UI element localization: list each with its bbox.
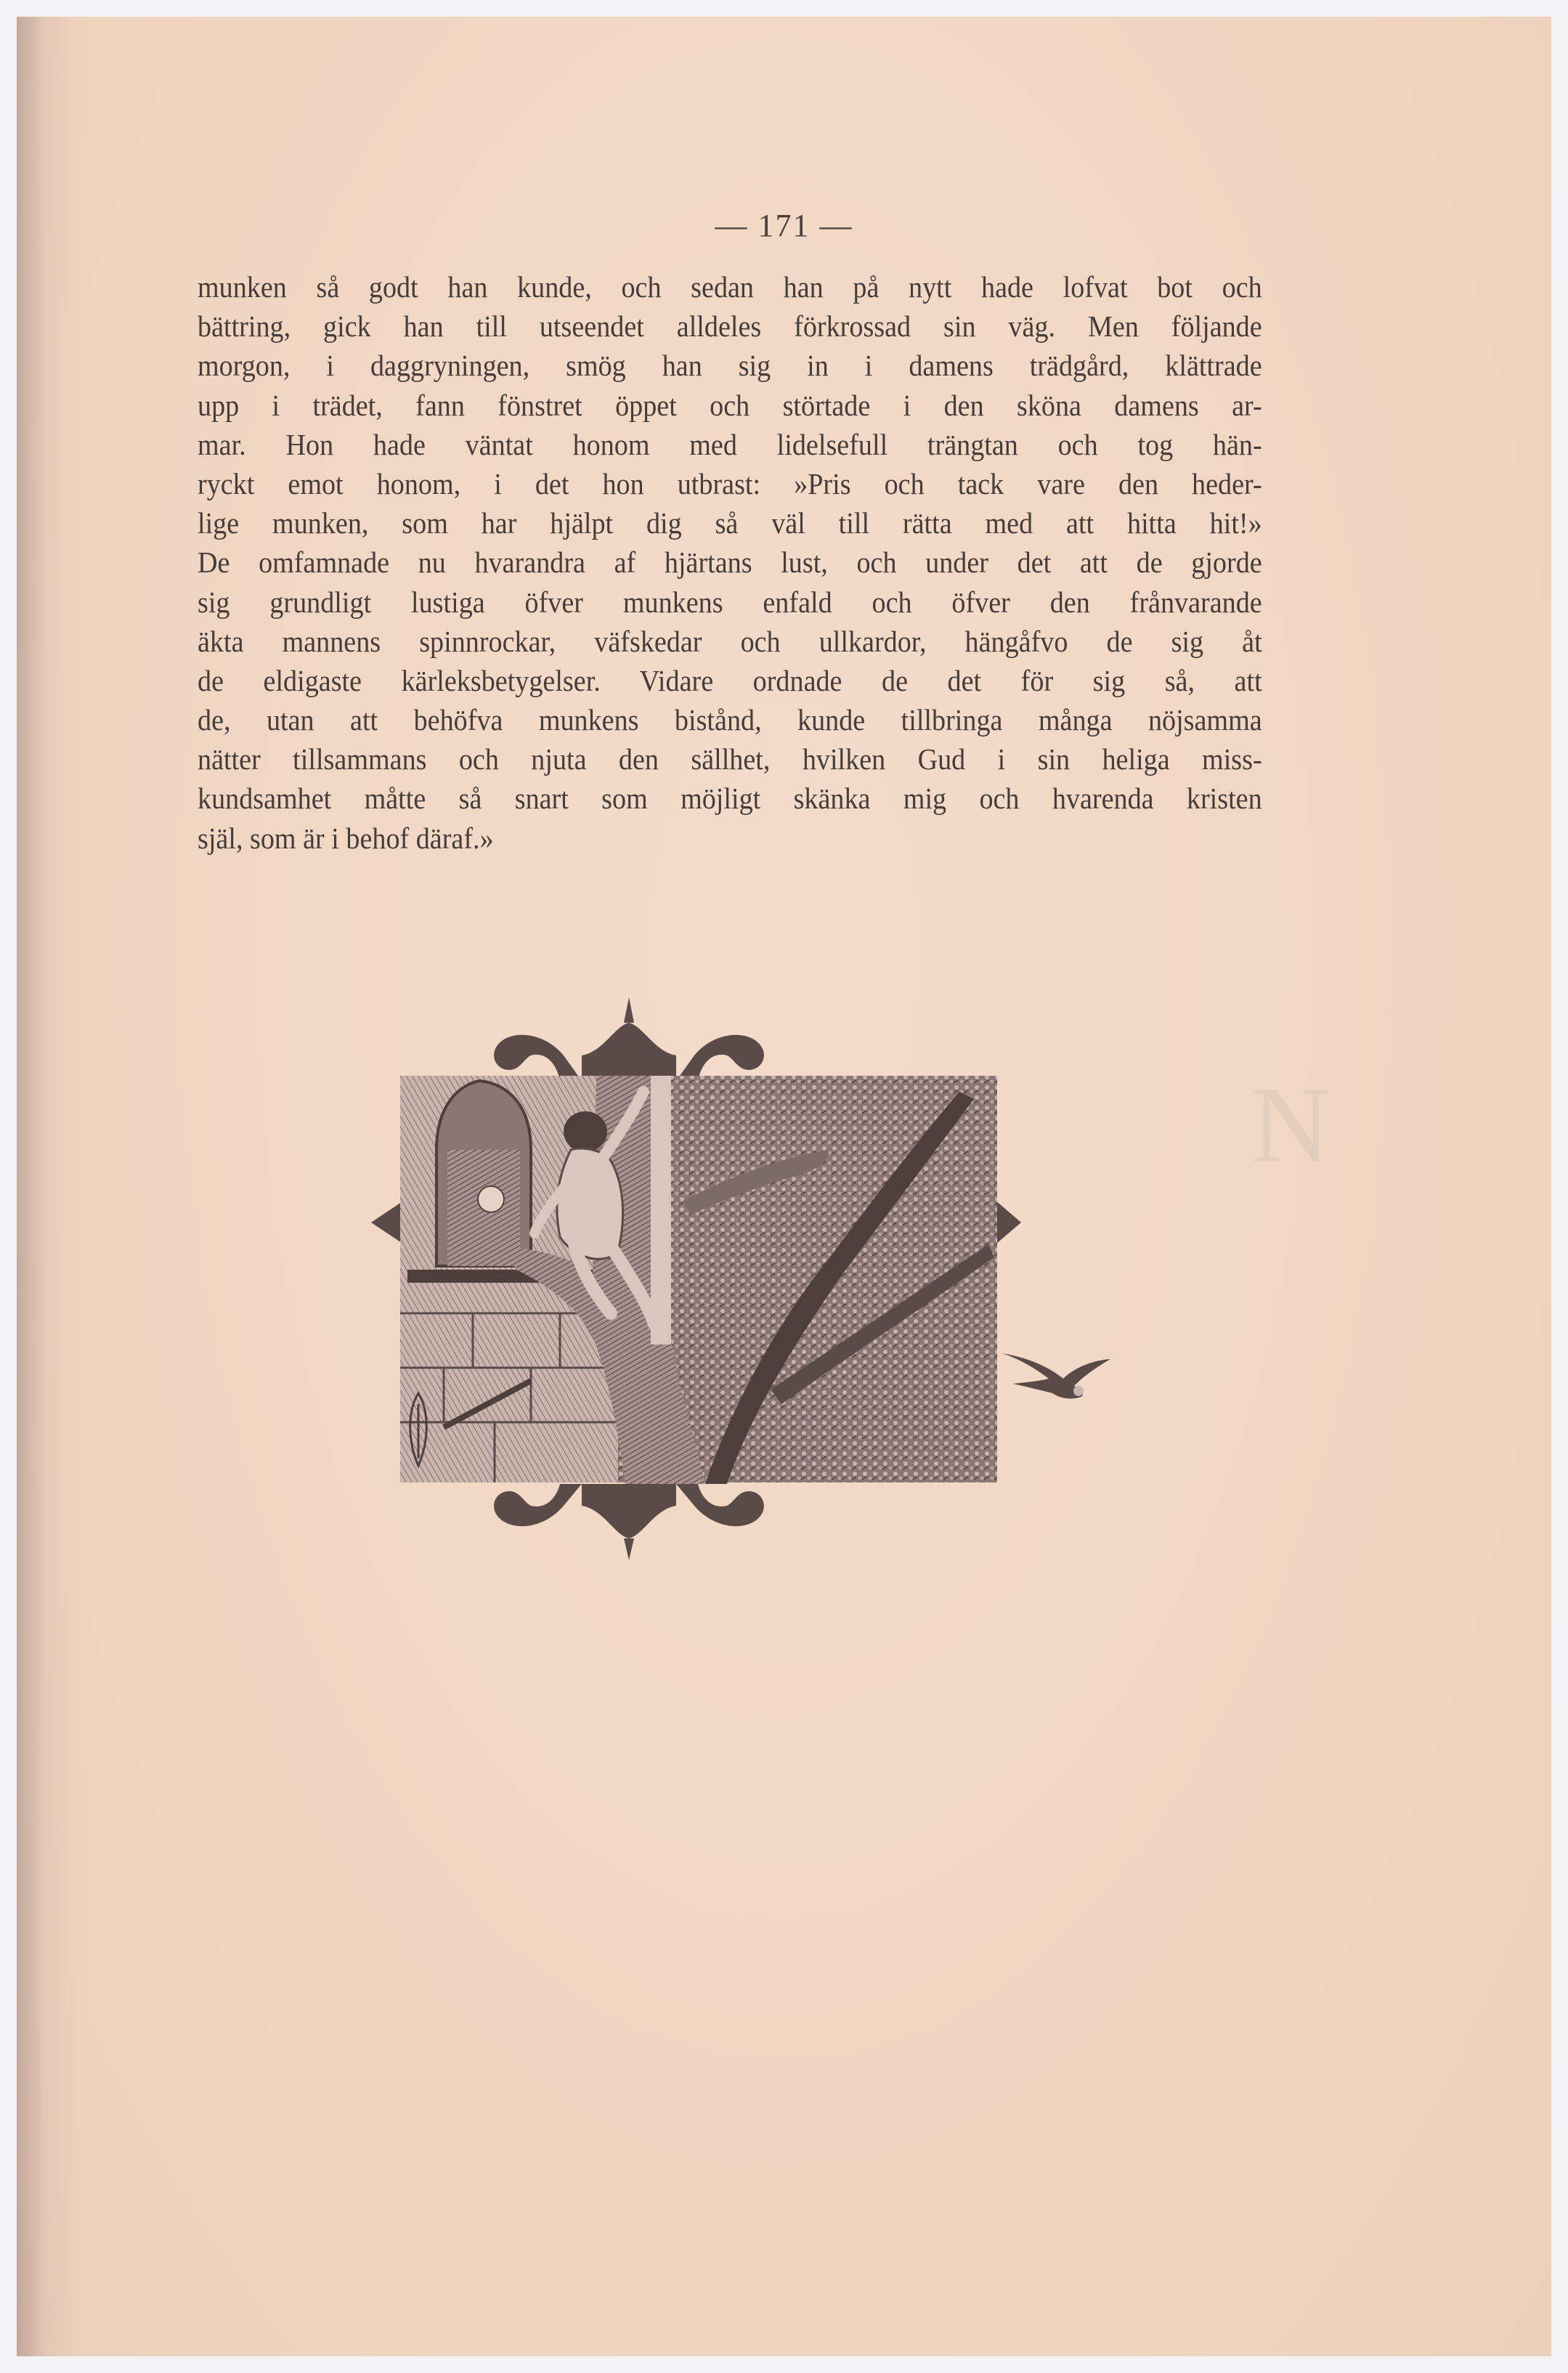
page-number: — 171 — bbox=[17, 207, 1551, 244]
text-line: sig grundligt lustiga öfver munkens enfa… bbox=[198, 583, 1262, 622]
text-line: De omfamnade nu hvarandra af hjärtans lu… bbox=[198, 543, 1262, 582]
bird-illustration bbox=[1002, 1353, 1110, 1398]
text-line: de eldigaste kärleksbetygelser. Vidare o… bbox=[198, 661, 1262, 700]
show-through-letter: N bbox=[1251, 1063, 1330, 1188]
text-line: munken så godt han kunde, och sedan han … bbox=[198, 267, 1262, 307]
scene bbox=[400, 1076, 999, 1484]
text-line: själ, som är i behof däraf.» bbox=[198, 819, 1262, 858]
book-page: — 171 — munken så godt han kunde, och se… bbox=[17, 17, 1551, 2356]
text-line: lige munken, som har hjälpt dig så väl t… bbox=[198, 503, 1262, 543]
text-line: mar. Hon hade väntat honom med lidelsefu… bbox=[198, 425, 1262, 464]
text-line: kundsamhet måtte så snart som möjligt sk… bbox=[198, 779, 1262, 818]
text-line: nätter tillsammans och njuta den sällhet… bbox=[198, 739, 1262, 779]
text-line: ryckt emot honom, i det hon utbrast: »Pr… bbox=[198, 464, 1262, 503]
text-line: bättring, gick han till utseendet alldel… bbox=[198, 307, 1262, 346]
text-line: äkta mannens spinnrockar, väfskedar och … bbox=[198, 622, 1262, 661]
text-line: upp i trädet, fann fönstret öppet och st… bbox=[198, 386, 1262, 425]
body-text: munken så godt han kunde, och sedan han … bbox=[198, 267, 1262, 858]
text-line: morgon, i daggryningen, smög han sig in … bbox=[198, 346, 1262, 385]
engraved-illustration bbox=[364, 983, 1134, 1564]
text-line: de, utan att behöfva munkens bistånd, ku… bbox=[198, 700, 1262, 739]
